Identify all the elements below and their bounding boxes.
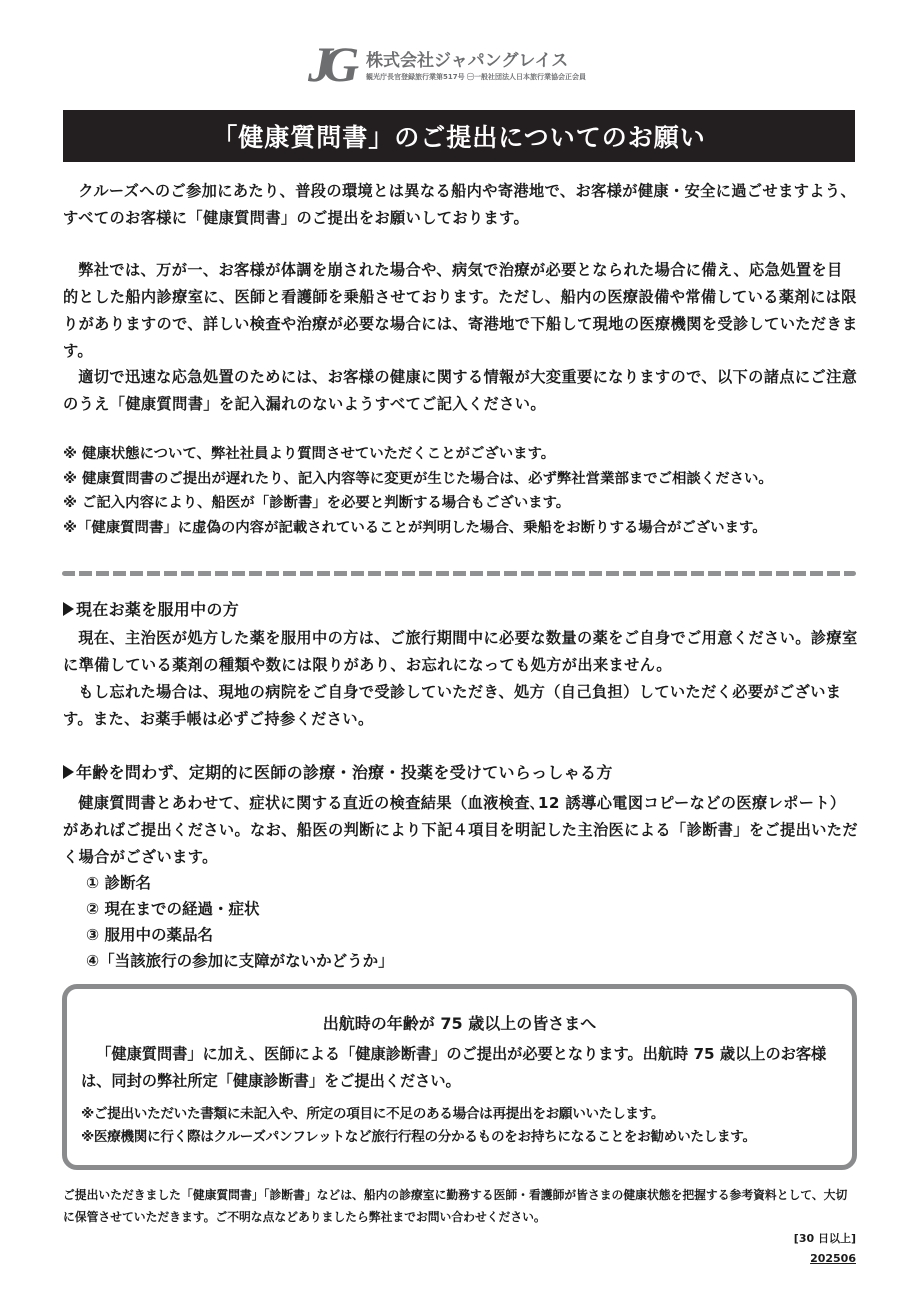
logo-company-name: 株式会社ジャパングレイス [366,46,568,71]
triangle-bullet-icon [63,765,74,779]
medication-paragraph-2: もし忘れた場合は、現地の病院をご自身で受診していただき、処方（自己負担）していた… [63,679,858,733]
notice-box-title: 出航時の年齢が 75 歳以上の皆さまへ [67,1011,852,1034]
diagnosis-item: ① 診断名 [86,870,394,896]
footer-text: ご提出いただきました「健康質問書」「診断書」などは、船内の診療室に勤務する医師・… [63,1184,858,1228]
notice-note: ※ご提出いただいた書類に未記入や、所定の項目に不足のある場合は再提出をお願いいた… [81,1103,856,1126]
note-item: ※ 健康質問書のご提出が遅れたり、記入内容等に変更が生じた場合は、必ず弊社営業部… [63,467,863,492]
section-heading-text: 現在お薬を服用中の方 [76,600,239,619]
notice-box-notes: ※ご提出いただいた書類に未記入や、所定の項目に不足のある場合は再提出をお願いいた… [81,1103,856,1149]
note-item: ※ ご記入内容により、船医が「診断書」を必要と判断する場合もございます。 [63,491,863,516]
intro-paragraph-2: 弊社では、万が一、お客様が体調を崩された場合や、病気で治療が必要となられた場合に… [63,257,858,365]
age-75-notice-box: 出航時の年齢が 75 歳以上の皆さまへ 「健康質問書」に加え、医師による「健康診… [62,984,857,1170]
diagnosis-item: ④「当該旅行の参加に支障がないかどうか」 [86,948,394,974]
intro-paragraph-3: 適切で迅速な応急処置のためには、お客様の健康に関する情報が大変重要になりますので… [63,364,858,418]
note-item: ※「健康質問書」に虚偽の内容が記載されていることが判明した場合、乗船をお断りする… [63,516,863,541]
company-logo: JG 株式会社ジャパングレイス 観光庁長官登録旅行業第517号 ㊀一般社団法人日… [308,34,618,94]
notice-box-body: 「健康質問書」に加え、医師による「健康診断書」のご提出が必要となります。出航時 … [81,1041,851,1095]
document-code: 202506 [810,1252,856,1265]
section-heading-text: 年齢を問わず、定期的に医師の診療・治療・投薬を受けていらっしゃる方 [76,763,613,782]
diagnosis-items-list: ① 診断名 ② 現在までの経過・症状 ③ 服用中の薬品名 ④「当該旅行の参加に支… [86,870,394,974]
dashed-divider [62,571,856,576]
notice-note: ※医療機関に行く際はクルーズパンフレットなど旅行行程の分かるものをお持ちになるこ… [81,1126,856,1149]
page-title: 「健康質問書」のご提出についてのお願い [63,110,855,162]
logo-registration: 観光庁長官登録旅行業第517号 ㊀一般社団法人日本旅行業協会正会員 [366,72,586,82]
intro-paragraph-1: クルーズへのご参加にあたり、普段の環境とは異なる船内や寄港地で、お客様が健康・安… [63,178,858,232]
section-heading-medication: 現在お薬を服用中の方 [63,597,239,620]
section-heading-regular-treatment: 年齢を問わず、定期的に医師の診療・治療・投薬を受けていらっしゃる方 [63,760,613,783]
notes-list: ※ 健康状態について、弊社社員より質問させていただくことがございます。 ※ 健康… [63,442,863,540]
triangle-bullet-icon [63,602,74,616]
treatment-paragraph: 健康質問書とあわせて、症状に関する直近の検査結果（血液検査､12 誘導心電図コピ… [63,790,858,871]
logo-mark: JG [308,34,370,94]
diagnosis-item: ② 現在までの経過・症状 [86,896,394,922]
note-item: ※ 健康状態について、弊社社員より質問させていただくことがございます。 [63,442,863,467]
medication-paragraph-1: 現在、主治医が処方した薬を服用中の方は、ご旅行期間中に必要な数量の薬をご自身でご… [63,625,858,679]
diagnosis-item: ③ 服用中の薬品名 [86,922,394,948]
footer-tag: [30 日以上] [794,1230,856,1246]
